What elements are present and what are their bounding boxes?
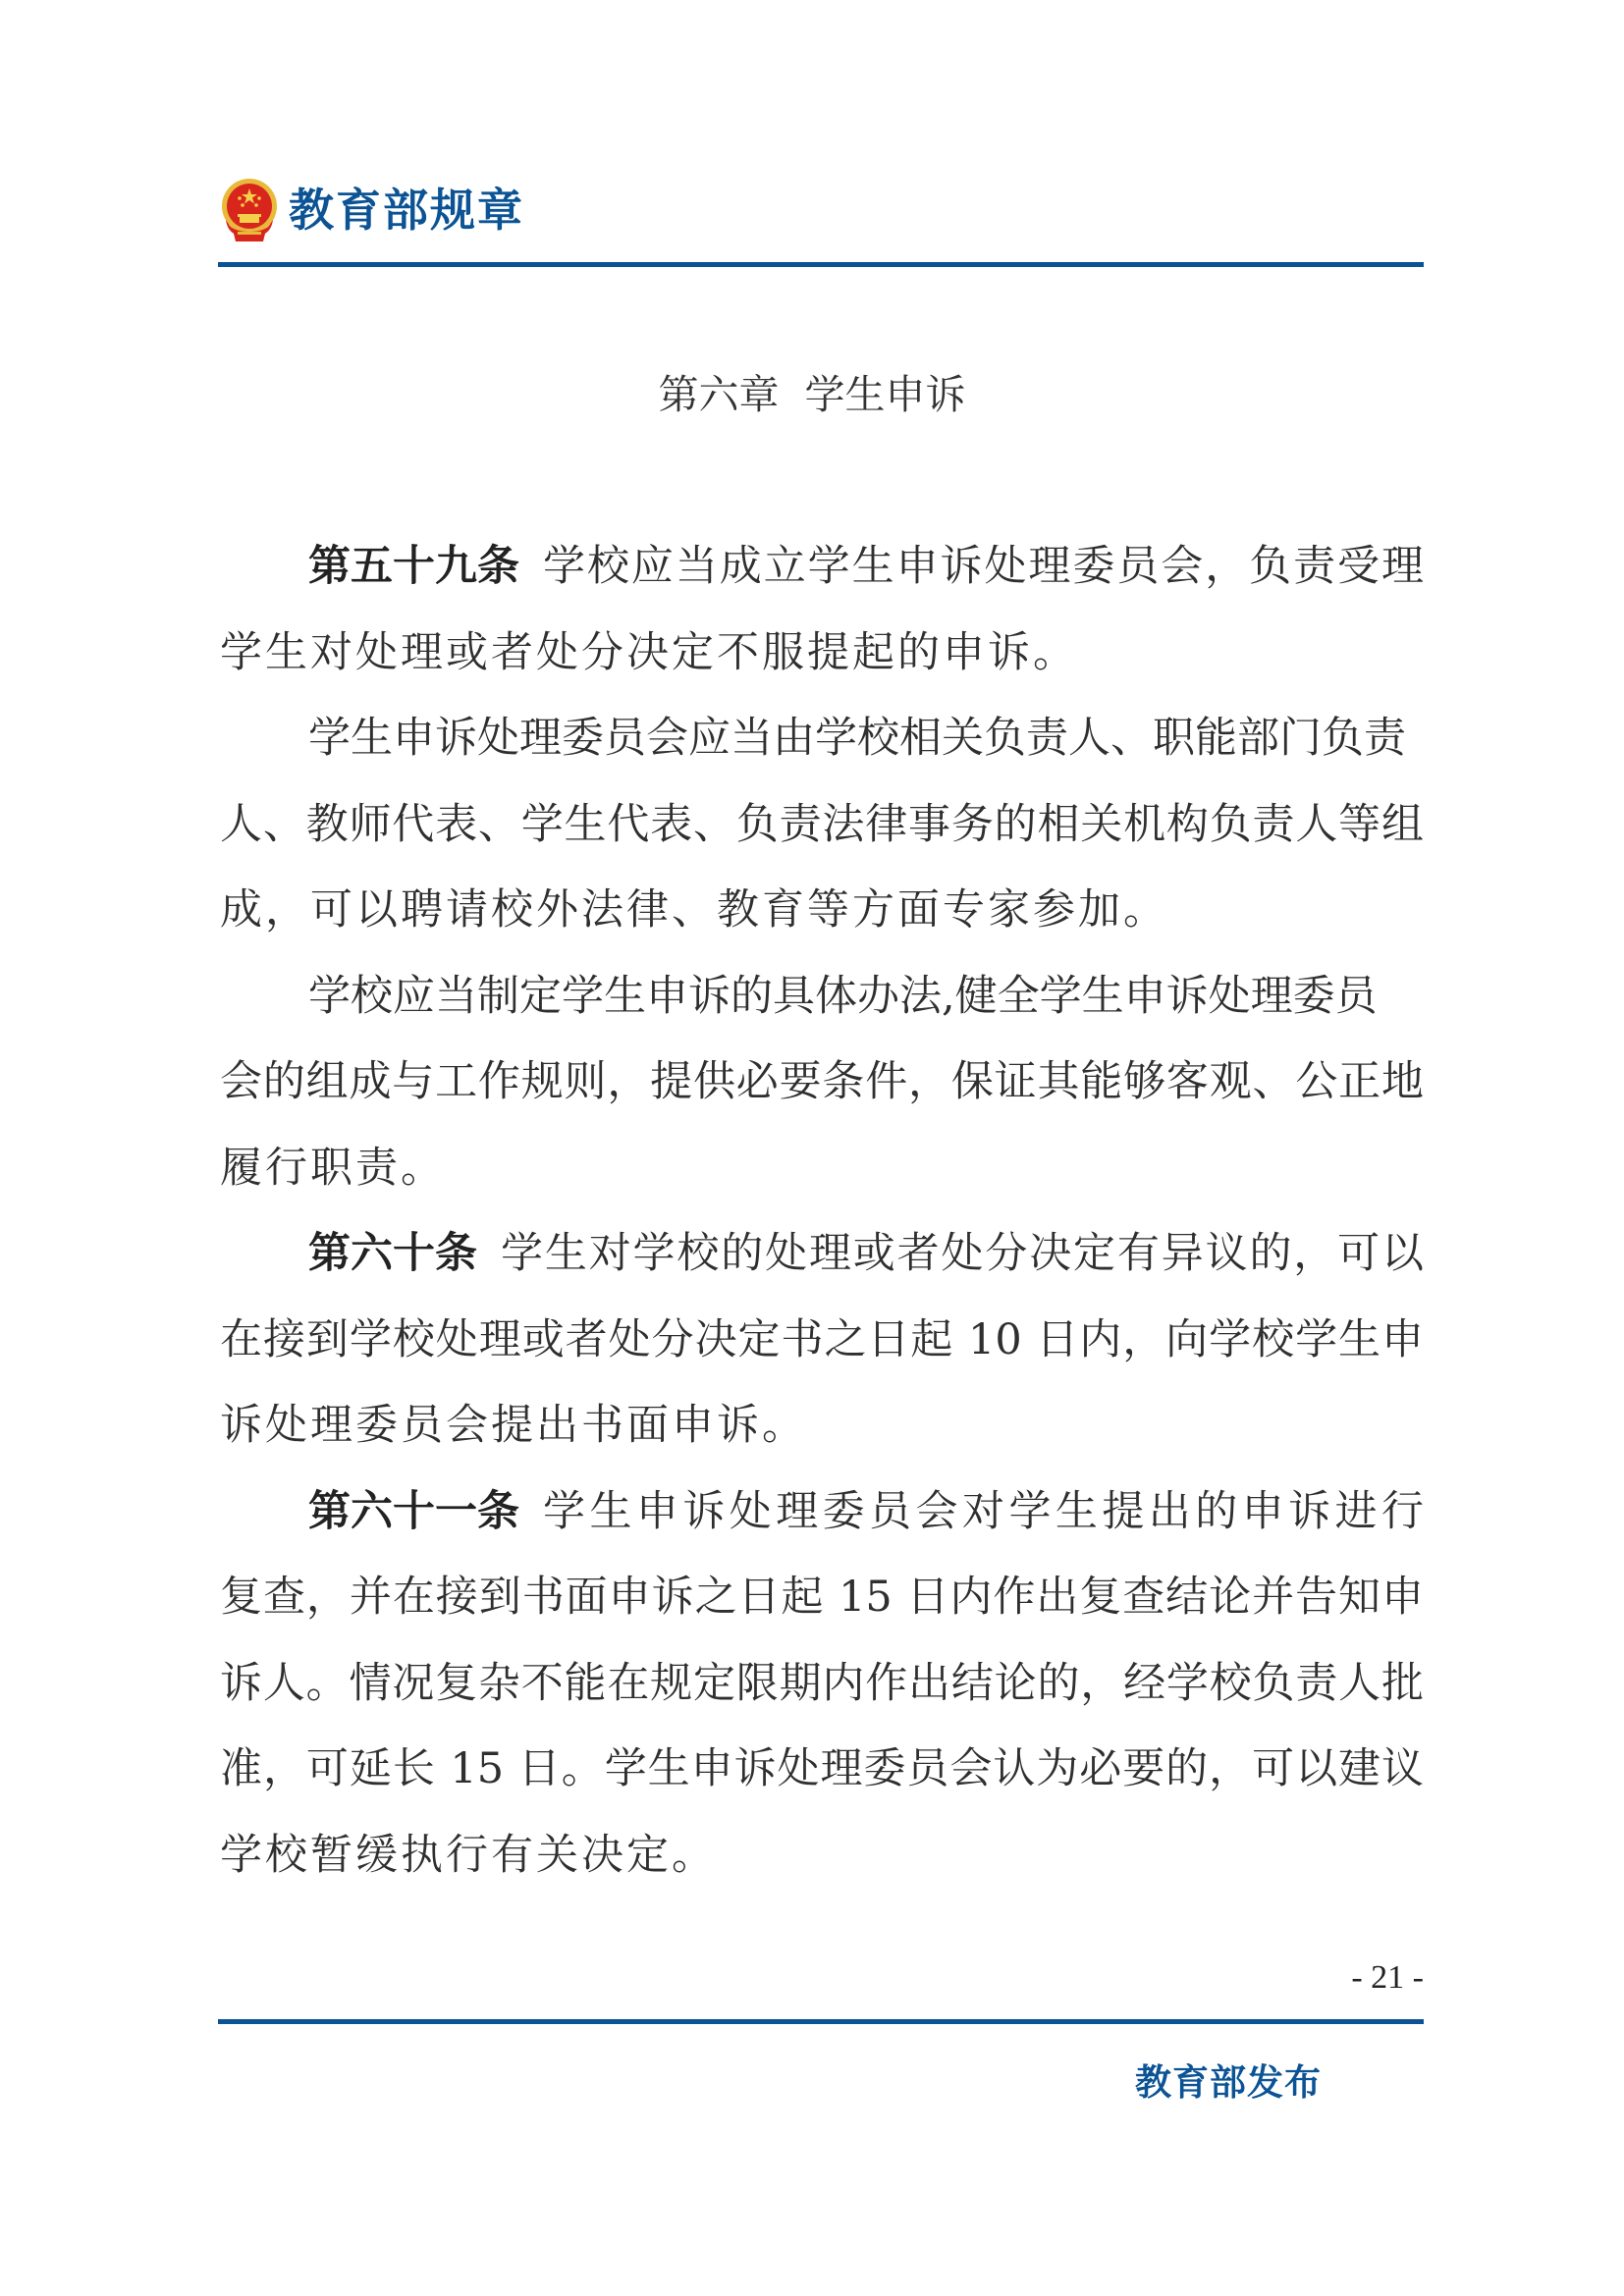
national-emblem-icon bbox=[220, 177, 279, 243]
text-line: 诉人。情况复杂不能在规定限期内作出结论的，经学校负责人批 bbox=[220, 1641, 1424, 1728]
header-divider bbox=[218, 262, 1424, 267]
line-text: 学生申诉处理委员会对学生提出的申诉进行 bbox=[543, 1469, 1424, 1556]
text-line: 第六十条学生对学校的处理或者处分决定有异议的，可以 bbox=[220, 1211, 1424, 1298]
footer-publisher: 教育部发布 bbox=[1135, 2059, 1322, 2107]
footer-divider bbox=[218, 2019, 1424, 2024]
text-line: 学校应当制定学生申诉的具体办法,健全学生申诉处理委员 bbox=[220, 954, 1424, 1041]
article-60: 第六十条学生对学校的处理或者处分决定有异议的，可以 在接到学校处理或者处分决定书… bbox=[220, 1211, 1424, 1469]
article-number: 第六十一条 bbox=[308, 1469, 519, 1556]
text-line: 成，可以聘请校外法律、教育等方面专家参加。 bbox=[220, 868, 1424, 954]
page-number: - 21 - bbox=[1306, 1959, 1424, 1997]
text-line: 第六十一条学生申诉处理委员会对学生提出的申诉进行 bbox=[220, 1469, 1424, 1556]
document-header: 教育部规章 bbox=[220, 173, 524, 247]
text-line: 准，可延长 15 日。学生申诉处理委员会认为必要的，可以建议 bbox=[220, 1727, 1424, 1813]
text-line: 会的组成与工作规则，提供必要条件，保证其能够客观、公正地 bbox=[220, 1040, 1424, 1126]
text-line: 履行职责。 bbox=[220, 1126, 1424, 1212]
chapter-title: 第六章 学生申诉 bbox=[0, 369, 1624, 420]
text-line: 诉处理委员会提出书面申诉。 bbox=[220, 1383, 1424, 1469]
article-number: 第五十九条 bbox=[308, 524, 519, 611]
line-text: 学校应当成立学生申诉处理委员会，负责受理 bbox=[543, 524, 1424, 611]
text-line: 学校暂缓执行有关决定。 bbox=[220, 1813, 1424, 1899]
text-line: 学生对处理或者处分决定不服提起的申诉。 bbox=[220, 611, 1424, 697]
article-number: 第六十条 bbox=[308, 1211, 477, 1298]
text-line: 学生申诉处理委员会应当由学校相关负责人、职能部门负责 bbox=[220, 696, 1424, 782]
document-body: 第五十九条学校应当成立学生申诉处理委员会，负责受理 学生对处理或者处分决定不服提… bbox=[220, 524, 1424, 1898]
article-59: 第五十九条学校应当成立学生申诉处理委员会，负责受理 学生对处理或者处分决定不服提… bbox=[220, 524, 1424, 1211]
text-line: 人、教师代表、学生代表、负责法律事务的相关机构负责人等组 bbox=[220, 782, 1424, 869]
article-61: 第六十一条学生申诉处理委员会对学生提出的申诉进行 复查，并在接到书面申诉之日起 … bbox=[220, 1469, 1424, 1899]
header-title: 教育部规章 bbox=[289, 187, 524, 233]
text-line: 第五十九条学校应当成立学生申诉处理委员会，负责受理 bbox=[220, 524, 1424, 611]
line-text: 学生对学校的处理或者处分决定有异议的，可以 bbox=[501, 1211, 1424, 1298]
text-line: 复查，并在接到书面申诉之日起 15 日内作出复查结论并告知申 bbox=[220, 1555, 1424, 1641]
text-line: 在接到学校处理或者处分决定书之日起 10 日内，向学校学生申 bbox=[220, 1298, 1424, 1384]
